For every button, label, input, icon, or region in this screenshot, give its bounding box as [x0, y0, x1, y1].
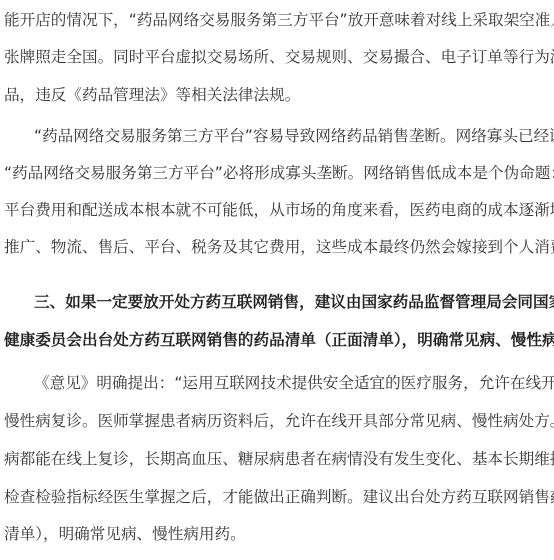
paragraph-line: 病都能在线上复诊，长期高血压、糖尿病患者在病情没有发生变化、基本长期维持稳定的时…: [4, 441, 554, 478]
paragraph-line: “药品网络交易服务第三方平台”容易导致网络药品销售垄断。网络寡头已经诞生，再放开: [34, 118, 554, 155]
paragraph-line: “药品网络交易服务第三方平台”必将形成寡头垄断。网络销售低成本是个伪命题：流量成…: [4, 155, 554, 192]
paragraph-line: 《意见》明确提出：“运用互联网技术提供安全适宜的医疗服务，允许在线开展部分常见病…: [34, 365, 554, 402]
paragraph-line: 清单），明确常见病、慢性病用药。: [4, 516, 246, 553]
paragraph-line: 慢性病复诊。医师掌握患者病历资料后，允许在线开具部分常见病、慢性病处方。” 不是…: [4, 403, 554, 440]
paragraph-line: 张牌照走全国。同时平台虚拟交易场所、交易规则、交易撮合、电子订单等行为涉嫌无证经…: [4, 39, 554, 76]
paragraph-line: 品，违反《药品管理法》等相关法律法规。: [4, 77, 300, 114]
paragraph-line: 检查检验指标经医生掌握之后，才能做出正确判断。建议出台处方药互联网销售药品清单（…: [4, 479, 554, 516]
heading-line: 三、如果一定要放开处方药互联网销售，建议由国家药品监督管理局会同国家卫生: [34, 284, 554, 321]
paragraph-line: 能开店的情况下，“药品网络交易服务第三方平台”放开意味着对线上采取架空准入的方式…: [4, 2, 554, 39]
paragraph-line: 推广、物流、售后、平台、税务及其它费用，这些成本最终仍然会嫁接到个人消费者身上。: [4, 229, 554, 266]
paragraph-line: 平台费用和配送成本根本就不可能低，从市场的角度来看，医药电商的成本逐渐增加，包括…: [4, 192, 554, 229]
heading-line: 健康委员会出台处方药互联网销售的药品清单（正面清单），明确常见病、慢性病用药。: [4, 322, 554, 359]
